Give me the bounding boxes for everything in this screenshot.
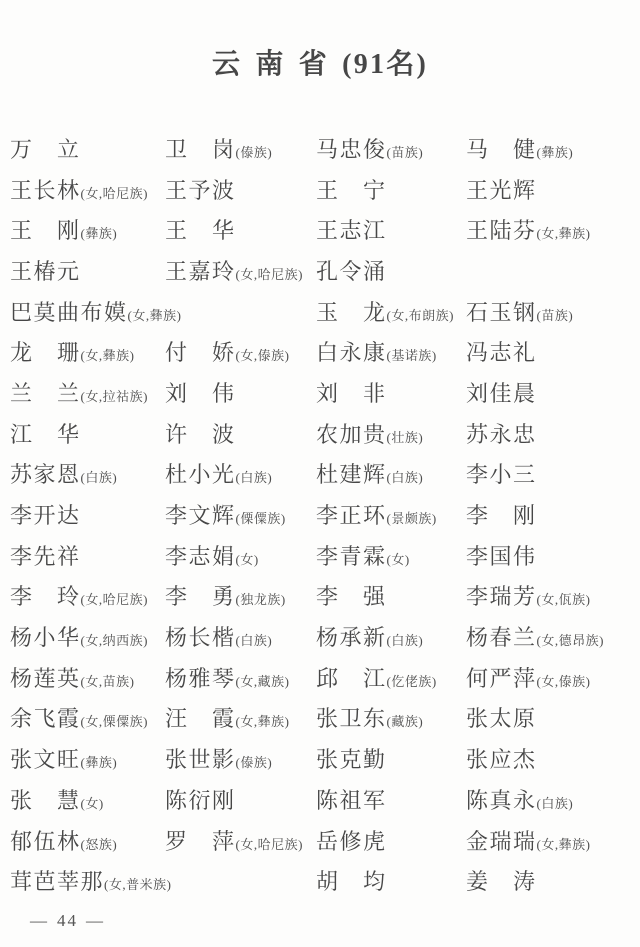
ethnic-note: (女,纳西族) [81,633,148,648]
person-name: 汪 霞 [165,706,236,731]
roster-cell: 孔令涌 [316,255,466,286]
roster-cell: 李志娟(女) [165,540,316,571]
person-name: 茸芭莘那 [10,869,104,894]
page-title: 云南省(91名) [0,42,640,82]
roster-cell: 李 玲(女,哈尼族) [10,580,165,611]
person-name: 李国伟 [466,544,537,569]
roster-cell: 张 慧(女) [10,784,165,815]
person-name: 李志娟 [165,544,236,569]
roster-cell: 刘 伟 [165,377,316,408]
roster-cell: 苏永忠 [466,418,634,449]
roster-cell: 李瑞芳(女,佤族) [466,580,634,611]
person-name: 王光辉 [466,178,537,203]
roster-cell: 李文辉(傈僳族) [165,499,316,530]
roster-cell: 罗 萍(女,哈尼族) [165,825,316,856]
person-name: 农加贵 [316,422,387,447]
ethnic-note: (女,哈尼族) [81,186,148,201]
ethnic-note: (女,哈尼族) [81,592,148,607]
roster-cell: 杨小华(女,纳西族) [10,621,165,652]
name-count: (91名) [342,49,428,80]
table-row: 张 慧(女)陈衍刚陈祖军陈真永(白族) [10,779,634,820]
roster-cell: 杨莲英(女,苗族) [10,662,165,693]
person-name: 张文旺 [10,747,81,772]
person-name: 王嘉玲 [165,259,236,284]
ethnic-note: (傣族) [236,145,273,160]
roster-cell: 冯志礼 [466,336,634,367]
person-name: 王椿元 [10,259,81,284]
roster-cell: 陈衍刚 [165,784,316,815]
ethnic-note: (白族) [387,633,424,648]
person-name: 陈衍刚 [165,788,236,813]
roster-cell: 杨春兰(女,德昂族) [466,621,634,652]
person-name: 李文辉 [165,503,236,528]
roster-cell: 万 立 [10,133,165,164]
roster-cell: 巴莫曲布嫫(女,彝族) [10,296,165,327]
person-name: 李 强 [316,584,387,609]
ethnic-note: (女,德昂族) [537,633,604,648]
person-name: 李正环 [316,503,387,528]
roster-cell: 陈真永(白族) [466,784,634,815]
person-name: 王 宁 [316,178,387,203]
ethnic-note: (苗族) [537,308,574,323]
ethnic-note: (女,苗族) [81,674,135,689]
person-name: 何严萍 [466,666,537,691]
person-name: 白永康 [316,340,387,365]
person-name: 杨长楷 [165,625,236,650]
roster-cell: 王长林(女,哈尼族) [10,174,165,205]
person-name: 马 健 [466,137,537,162]
ethnic-note: (基诺族) [387,348,437,363]
ethnic-note: (女,哈尼族) [236,267,303,282]
table-row: 万 立卫 岗(傣族)马忠俊(苗族)马 健(彝族) [10,128,634,169]
person-name: 龙 珊 [10,340,81,365]
table-row: 李 玲(女,哈尼族)李 勇(独龙族)李 强李瑞芳(女,佤族) [10,576,634,617]
table-row: 兰 兰(女,拉祜族)刘 伟刘 非刘佳晨 [10,372,634,413]
roster-cell: 胡 均 [316,865,466,896]
ethnic-note: (彝族) [81,226,118,241]
person-name: 李小三 [466,462,537,487]
person-name: 张应杰 [466,747,537,772]
person-name: 刘佳晨 [466,381,537,406]
person-name: 张世影 [165,747,236,772]
footer-dash-left: — [22,911,57,930]
ethnic-note: (女,傈僳族) [81,714,148,729]
person-name: 杨莲英 [10,666,81,691]
roster-cell: 杨承新(白族) [316,621,466,652]
roster-cell: 白永康(基诺族) [316,336,466,367]
roster-cell: 兰 兰(女,拉祜族) [10,377,165,408]
roster-cell: 汪 霞(女,彝族) [165,702,316,733]
roster-cell: 付 娇(女,傣族) [165,336,316,367]
person-name: 王 刚 [10,218,81,243]
roster-cell: 李 强 [316,580,466,611]
ethnic-note: (傈僳族) [236,511,286,526]
person-name: 玉 龙 [316,300,387,325]
roster-cell: 杜建辉(白族) [316,458,466,489]
roster-cell: 杨雅琴(女,藏族) [165,662,316,693]
roster-cell: 岳修虎 [316,825,466,856]
roster-cell: 卫 岗(傣族) [165,133,316,164]
roster-cell: 李青霖(女) [316,540,466,571]
person-name: 孔令涌 [316,259,387,284]
person-name: 王 华 [165,218,236,243]
table-row: 王椿元王嘉玲(女,哈尼族)孔令涌 [10,250,634,291]
page-number: 44 [57,911,78,930]
person-name: 李先祥 [10,544,81,569]
person-name: 李 刚 [466,503,537,528]
person-name: 邱 江 [316,666,387,691]
ethnic-note: (白族) [387,470,424,485]
ethnic-note: (彝族) [537,145,574,160]
roster-cell: 玉 龙(女,布朗族) [316,296,466,327]
roster-cell: 张文旺(彝族) [10,743,165,774]
ethnic-note: (女) [387,552,410,567]
table-row: 龙 珊(女,彝族)付 娇(女,傣族)白永康(基诺族)冯志礼 [10,331,634,372]
person-name: 刘 伟 [165,381,236,406]
ethnic-note: (怒族) [81,837,118,852]
person-name: 姜 涛 [466,869,537,894]
roster-cell: 李先祥 [10,540,165,571]
roster-cell: 许 波 [165,418,316,449]
person-name: 马忠俊 [316,137,387,162]
roster-cell: 农加贵(壮族) [316,418,466,449]
roster-cell: 王光辉 [466,174,634,205]
roster-cell: 余飞霞(女,傈僳族) [10,702,165,733]
person-name: 王志江 [316,218,387,243]
ethnic-note: (女,彝族) [128,308,182,323]
person-name: 胡 均 [316,869,387,894]
roster-cell: 杨长楷(白族) [165,621,316,652]
ethnic-note: (女,彝族) [81,348,135,363]
person-name: 巴莫曲布嫫 [10,300,128,325]
person-name: 陈真永 [466,788,537,813]
roster-cell: 张太原 [466,702,634,733]
person-name: 罗 萍 [165,829,236,854]
person-name: 杨雅琴 [165,666,236,691]
table-row: 巴莫曲布嫫(女,彝族)玉 龙(女,布朗族)石玉钢(苗族) [10,291,634,332]
person-name: 卫 岗 [165,137,236,162]
roster-cell: 刘 非 [316,377,466,408]
ethnic-note: (女,傣族) [236,348,290,363]
person-name: 郁伍林 [10,829,81,854]
ethnic-note: (女,哈尼族) [236,837,303,852]
roster-cell: 陈祖军 [316,784,466,815]
roster-cell: 王 宁 [316,174,466,205]
ethnic-note: (女,普米族) [104,877,171,892]
roster-cell: 张应杰 [466,743,634,774]
document-page: 云南省(91名) 万 立卫 岗(傣族)马忠俊(苗族)马 健(彝族)王长林(女,哈… [0,0,640,947]
roster-cell: 张克勤 [316,743,466,774]
roster-cell: 李 勇(独龙族) [165,580,316,611]
person-name: 王陆芬 [466,218,537,243]
person-name: 岳修虎 [316,829,387,854]
roster-cell: 江 华 [10,418,165,449]
ethnic-note: (藏族) [387,714,424,729]
person-name: 王长林 [10,178,81,203]
ethnic-note: (仡佬族) [387,674,437,689]
person-name: 杨春兰 [466,625,537,650]
person-name: 金瑞瑞 [466,829,537,854]
roster-cell: 王 刚(彝族) [10,214,165,245]
roster-cell: 王陆芬(女,彝族) [466,214,634,245]
table-row: 郁伍林(怒族)罗 萍(女,哈尼族)岳修虎金瑞瑞(女,彝族) [10,820,634,861]
ethnic-note: (傣族) [236,755,273,770]
ethnic-note: (女,拉祜族) [81,389,148,404]
ethnic-note: (女,彝族) [236,714,290,729]
person-name: 张 慧 [10,788,81,813]
person-name: 张太原 [466,706,537,731]
ethnic-note: (苗族) [387,145,424,160]
person-name: 李 勇 [165,584,236,609]
ethnic-note: (女) [236,552,259,567]
table-row: 苏家恩(白族)杜小光(白族)杜建辉(白族)李小三 [10,454,634,495]
ethnic-note: (女) [81,796,104,811]
roster-cell: 刘佳晨 [466,377,634,408]
ethnic-note: (女,彝族) [537,226,591,241]
roster-cell: 李小三 [466,458,634,489]
table-row: 余飞霞(女,傈僳族)汪 霞(女,彝族)张卫东(藏族)张太原 [10,698,634,739]
person-name: 江 华 [10,422,81,447]
roster-cell: 王椿元 [10,255,165,286]
roster-cell: 金瑞瑞(女,彝族) [466,825,634,856]
person-name: 杜建辉 [316,462,387,487]
page-footer: —44— [22,911,113,931]
person-name: 李青霖 [316,544,387,569]
roster-cell: 李 刚 [466,499,634,530]
person-name: 杜小光 [165,462,236,487]
ethnic-note: (壮族) [387,430,424,445]
person-name: 石玉钢 [466,300,537,325]
ethnic-note: (女,布朗族) [387,308,454,323]
ethnic-note: (白族) [537,796,574,811]
person-name: 冯志礼 [466,340,537,365]
roster-cell: 李正环(景颇族) [316,499,466,530]
roster-cell: 张卫东(藏族) [316,702,466,733]
person-name: 付 娇 [165,340,236,365]
person-name: 刘 非 [316,381,387,406]
person-name: 杨小华 [10,625,81,650]
roster-cell: 马忠俊(苗族) [316,133,466,164]
person-name: 苏永忠 [466,422,537,447]
roster-cell: 姜 涛 [466,865,634,896]
roster-cell: 李开达 [10,499,165,530]
roster-cell: 张世影(傣族) [165,743,316,774]
ethnic-note: (白族) [81,470,118,485]
person-name: 王予波 [165,178,236,203]
roster-cell: 王志江 [316,214,466,245]
roster-cell: 苏家恩(白族) [10,458,165,489]
table-row: 杨小华(女,纳西族)杨长楷(白族)杨承新(白族)杨春兰(女,德昂族) [10,616,634,657]
table-row: 张文旺(彝族)张世影(傣族)张克勤张应杰 [10,738,634,779]
roster-cell: 邱 江(仡佬族) [316,662,466,693]
table-row: 李开达李文辉(傈僳族)李正环(景颇族)李 刚 [10,494,634,535]
ethnic-note: (女,傣族) [537,674,591,689]
person-name: 李瑞芳 [466,584,537,609]
person-name: 李开达 [10,503,81,528]
roster-cell: 李国伟 [466,540,634,571]
table-row: 杨莲英(女,苗族)杨雅琴(女,藏族)邱 江(仡佬族)何严萍(女,傣族) [10,657,634,698]
table-row: 王 刚(彝族)王 华王志江王陆芬(女,彝族) [10,209,634,250]
table-row: 李先祥李志娟(女)李青霖(女)李国伟 [10,535,634,576]
ethnic-note: (女,彝族) [537,837,591,852]
ethnic-note: (独龙族) [236,592,286,607]
ethnic-note: (女,藏族) [236,674,290,689]
person-name: 许 波 [165,422,236,447]
ethnic-note: (景颇族) [387,511,437,526]
person-name: 苏家恩 [10,462,81,487]
person-name: 张克勤 [316,747,387,772]
roster-cell: 杜小光(白族) [165,458,316,489]
person-name: 余飞霞 [10,706,81,731]
roster-cell: 何严萍(女,傣族) [466,662,634,693]
roster-cell: 郁伍林(怒族) [10,825,165,856]
person-name: 张卫东 [316,706,387,731]
ethnic-note: (白族) [236,470,273,485]
person-name: 李 玲 [10,584,81,609]
footer-dash-right: — [78,911,113,930]
ethnic-note: (彝族) [81,755,118,770]
province-name: 云南省 [212,49,342,80]
person-name: 杨承新 [316,625,387,650]
person-name: 陈祖军 [316,788,387,813]
roster-cell: 马 健(彝族) [466,133,634,164]
table-row: 茸芭莘那(女,普米族)胡 均姜 涛 [10,860,634,901]
ethnic-note: (白族) [236,633,273,648]
roster-cell: 王嘉玲(女,哈尼族) [165,255,316,286]
roster: 万 立卫 岗(傣族)马忠俊(苗族)马 健(彝族)王长林(女,哈尼族)王予波王 宁… [10,128,634,901]
roster-cell: 龙 珊(女,彝族) [10,336,165,367]
ethnic-note: (女,佤族) [537,592,591,607]
roster-cell: 王予波 [165,174,316,205]
roster-cell: 茸芭莘那(女,普米族) [10,865,165,896]
table-row: 王长林(女,哈尼族)王予波王 宁王光辉 [10,169,634,210]
roster-cell: 石玉钢(苗族) [466,296,634,327]
roster-cell: 王 华 [165,214,316,245]
person-name: 兰 兰 [10,381,81,406]
table-row: 江 华许 波农加贵(壮族)苏永忠 [10,413,634,454]
person-name: 万 立 [10,137,81,162]
